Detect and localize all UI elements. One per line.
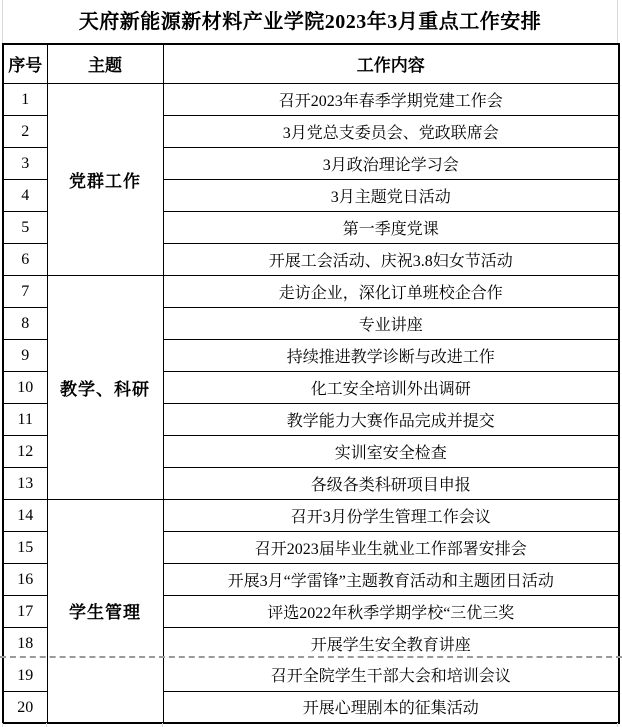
gridline (617, 723, 618, 727)
row-number: 17 (3, 595, 47, 627)
work-content: 开展工会活动、庆祝3.8妇女节活动 (163, 243, 619, 275)
work-content: 召开全院学生干部大会和培训会议 (163, 659, 619, 691)
row-number: 2 (3, 115, 47, 147)
work-content: 各级各类科研项目申报 (163, 467, 619, 499)
theme-cell: 教学、科研 (47, 275, 163, 499)
work-schedule-table: 序号 主题 工作内容 1 党群工作 召开2023年春季学期党建工作会 2 3月党… (2, 43, 620, 724)
row-number: 11 (3, 403, 47, 435)
header-row: 序号 主题 工作内容 (3, 44, 619, 83)
work-content: 3月政治理论学习会 (163, 147, 619, 179)
work-content: 评选2022年秋季学期学校“三优三奖 (163, 595, 619, 627)
row-number: 9 (3, 339, 47, 371)
page-title: 天府新能源新材料产业学院2023年3月重点工作安排 (2, 0, 618, 43)
work-content: 教学能力大赛作品完成并提交 (163, 403, 619, 435)
gridline (46, 723, 47, 727)
row-number: 1 (3, 83, 47, 115)
row-number: 5 (3, 211, 47, 243)
table-row: 7 教学、科研 走访企业，深化订单班校企合作 (3, 275, 619, 307)
row-number: 8 (3, 307, 47, 339)
row-number: 20 (3, 691, 47, 723)
header-theme: 主题 (47, 44, 163, 83)
table-row: 1 党群工作 召开2023年春季学期党建工作会 (3, 83, 619, 115)
work-content: 持续推进教学诊断与改进工作 (163, 339, 619, 371)
row-number: 18 (3, 627, 47, 659)
theme-cell: 党群工作 (47, 83, 163, 275)
work-content: 3月主题党日活动 (163, 179, 619, 211)
gridline (162, 723, 163, 727)
row-number: 6 (3, 243, 47, 275)
work-content: 第一季度党课 (163, 211, 619, 243)
work-content: 化工安全培训外出调研 (163, 371, 619, 403)
work-content: 实训室安全检查 (163, 435, 619, 467)
work-content: 3月党总支委员会、党政联席会 (163, 115, 619, 147)
gridline (2, 723, 3, 727)
document-page: 天府新能源新材料产业学院2023年3月重点工作安排 序号 主题 工作内容 1 党… (0, 0, 622, 727)
theme-cell: 学生管理 (47, 499, 163, 723)
work-content: 召开2023届毕业生就业工作部署安排会 (163, 531, 619, 563)
row-number: 14 (3, 499, 47, 531)
work-content: 召开2023年春季学期党建工作会 (163, 83, 619, 115)
row-number: 10 (3, 371, 47, 403)
work-content: 专业讲座 (163, 307, 619, 339)
row-number: 3 (3, 147, 47, 179)
row-number: 13 (3, 467, 47, 499)
row-number: 7 (3, 275, 47, 307)
work-content: 走访企业，深化订单班校企合作 (163, 275, 619, 307)
row-number: 12 (3, 435, 47, 467)
work-content: 召开3月份学生管理工作会议 (163, 499, 619, 531)
header-no: 序号 (3, 44, 47, 83)
table-row: 14 学生管理 召开3月份学生管理工作会议 (3, 499, 619, 531)
work-content: 开展3月“学雷锋”主题教育活动和主题团日活动 (163, 563, 619, 595)
row-number: 16 (3, 563, 47, 595)
header-content: 工作内容 (163, 44, 619, 83)
work-content: 开展心理剧本的征集活动 (163, 691, 619, 723)
row-number: 19 (3, 659, 47, 691)
work-content: 开展学生安全教育讲座 (163, 627, 619, 659)
row-number: 4 (3, 179, 47, 211)
row-number: 15 (3, 531, 47, 563)
